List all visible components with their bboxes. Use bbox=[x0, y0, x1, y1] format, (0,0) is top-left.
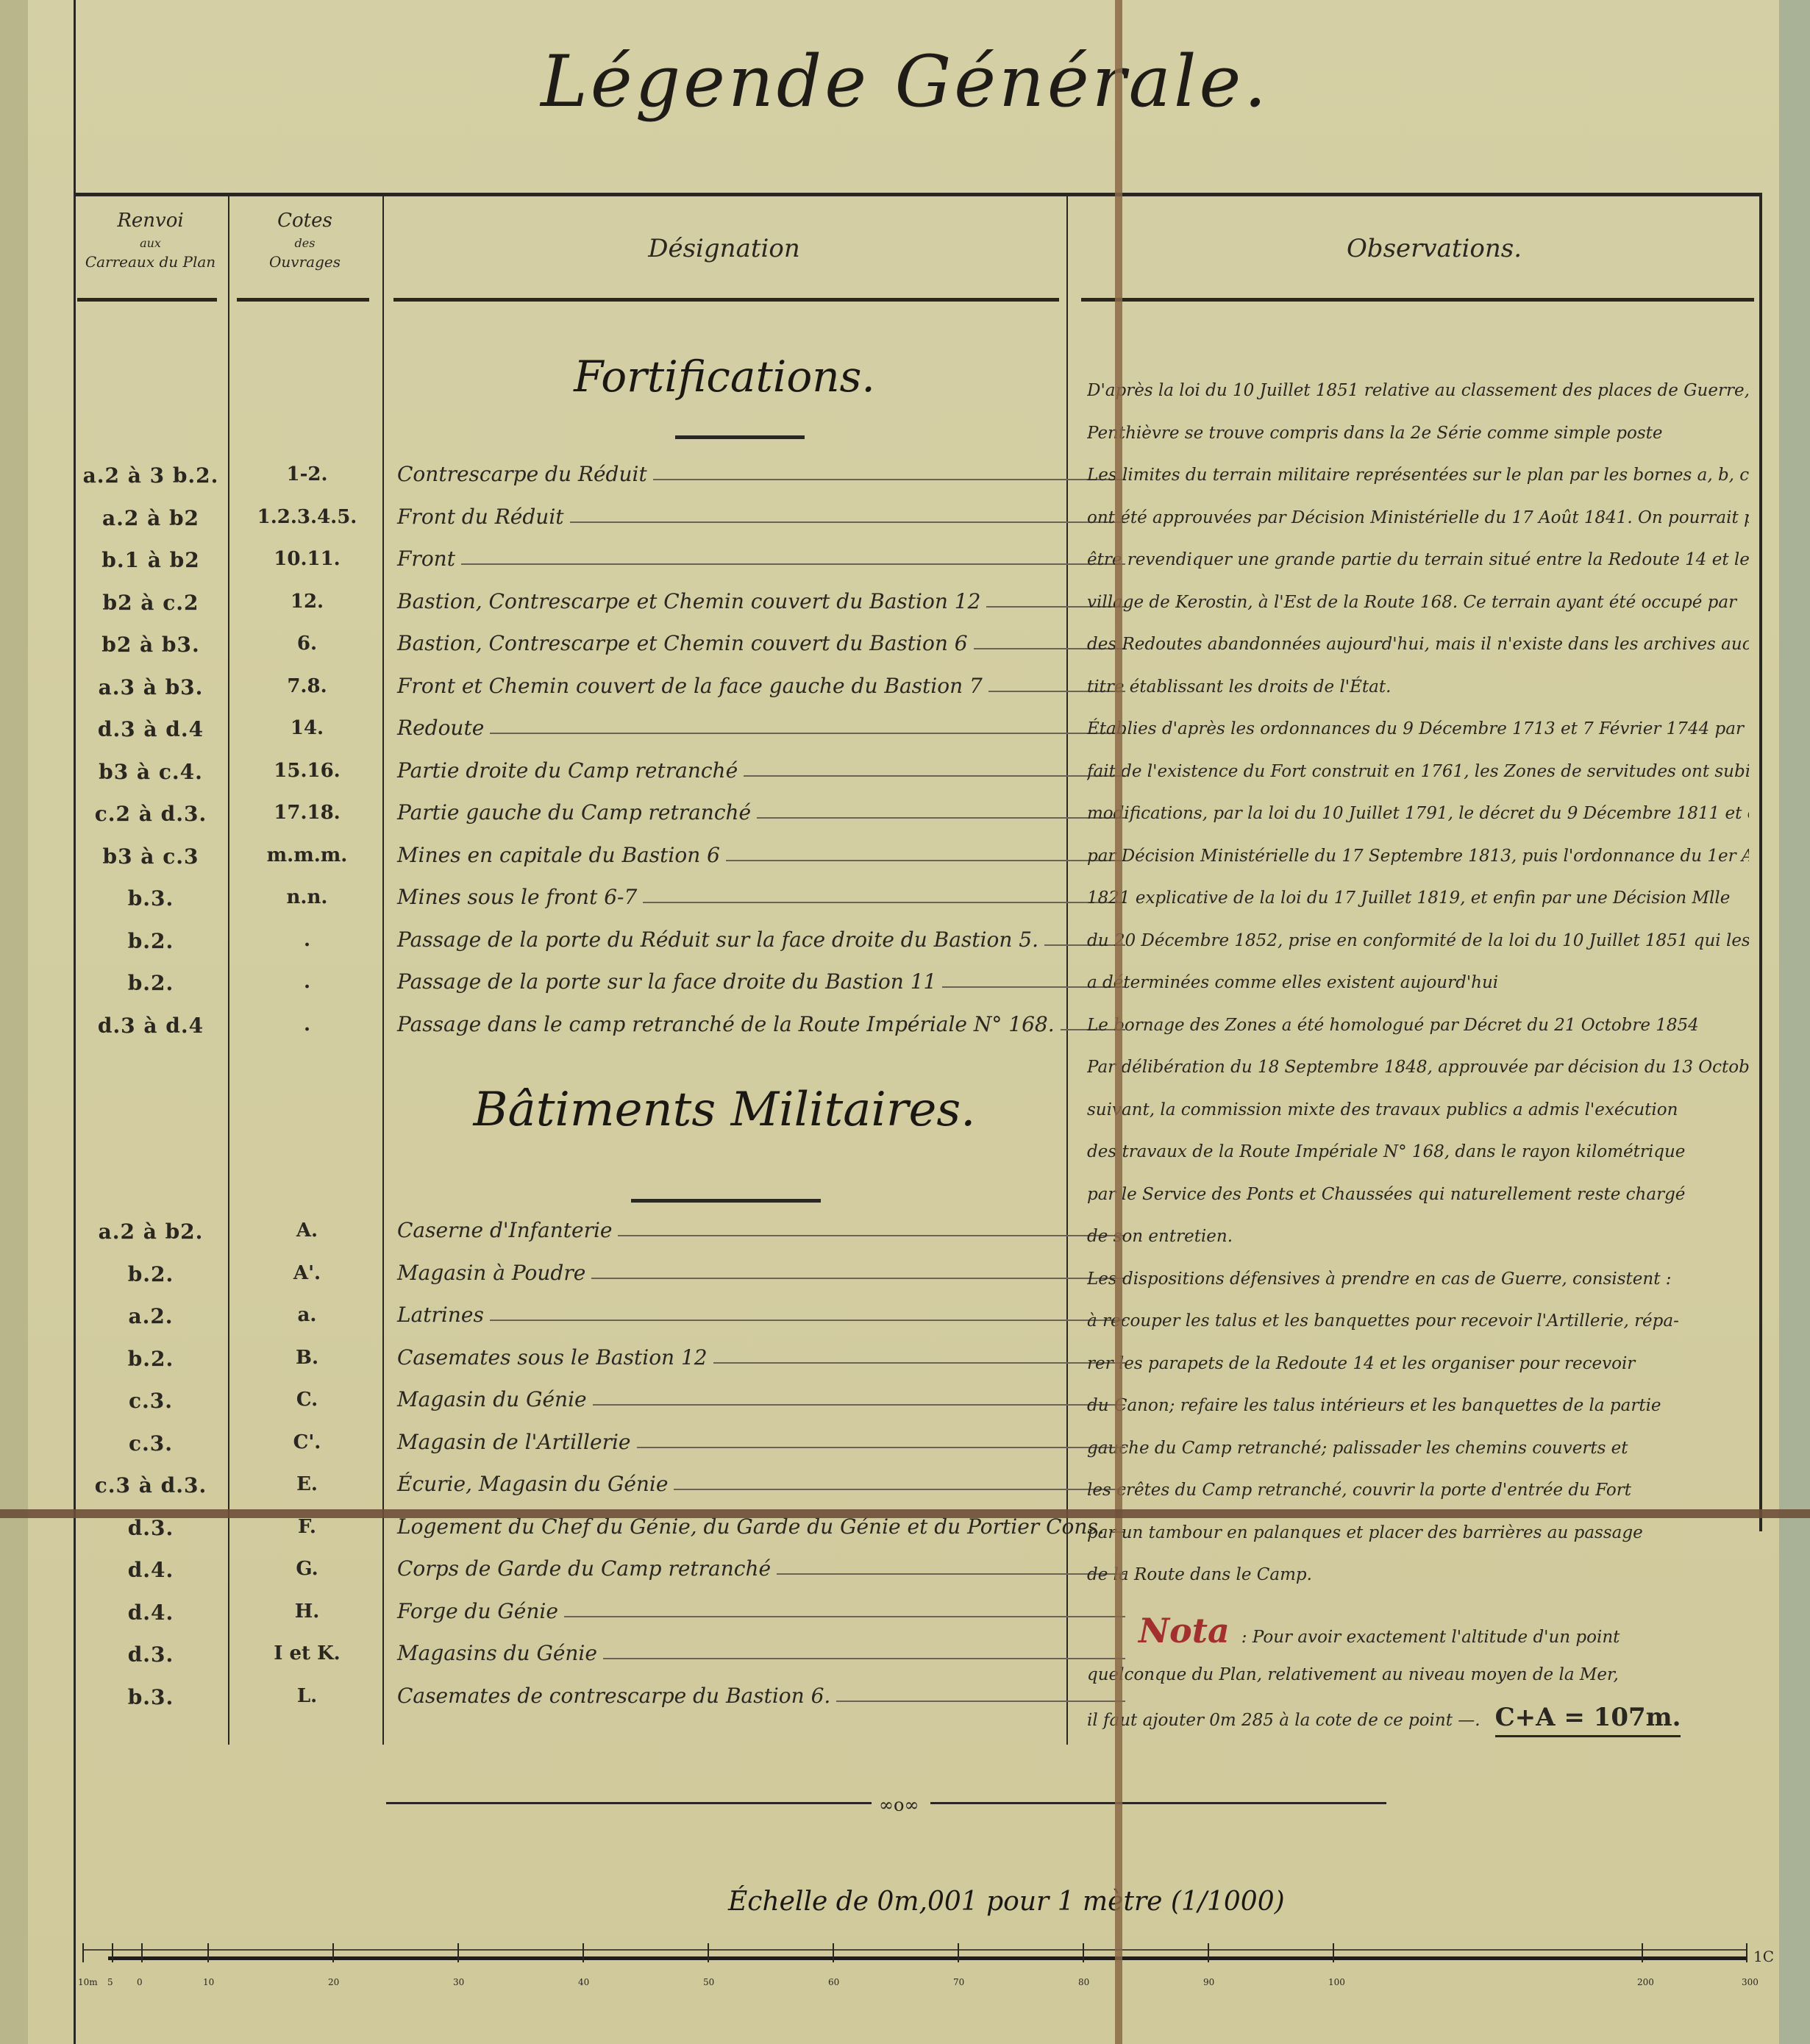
scale-tick bbox=[708, 1943, 709, 1962]
designation-text: Bastion, Contrescarpe et Chemin couvert … bbox=[397, 589, 986, 613]
nota-line1: : Pour avoir exactement l'altitude d'un … bbox=[1241, 1628, 1620, 1647]
cote-ouvrage: n.n. bbox=[232, 886, 382, 908]
scale-tick-label: 80 bbox=[1078, 1977, 1089, 1987]
header-rule bbox=[77, 298, 217, 302]
legend-row: a.2 à b21.2.3.4.5.Front du Réduit bbox=[74, 500, 1066, 538]
designation: Passage de la porte du Réduit sur la fac… bbox=[397, 927, 1125, 952]
designation: Bastion, Contrescarpe et Chemin couvert … bbox=[397, 631, 1125, 655]
leader-line bbox=[593, 1404, 1125, 1406]
renvoi-ref: d.4. bbox=[74, 1600, 228, 1625]
designation-text: Passage dans le camp retranché de la Rou… bbox=[397, 1012, 1061, 1036]
designation: Forge du Génie bbox=[397, 1599, 1125, 1623]
renvoi-ref: b3 à c.4. bbox=[74, 760, 228, 784]
nota-block: Nota: Pour avoir exactement l'altitude d… bbox=[1087, 1607, 1749, 1739]
ornament-bar-right bbox=[930, 1802, 1386, 1804]
cote-ouvrage: G. bbox=[232, 1558, 382, 1580]
observation-line: Penthièvre se trouve compris dans la 2e … bbox=[1087, 413, 1749, 455]
scale-thick-line bbox=[108, 1956, 1746, 1960]
legend-row: b.2.A'.Magasin à Poudre bbox=[74, 1256, 1066, 1295]
designation: Magasin du Génie bbox=[397, 1387, 1125, 1411]
observation-line: Par délibération du 18 Septembre 1848, a… bbox=[1087, 1047, 1749, 1089]
observation-line: être revendiquer une grande partie du te… bbox=[1087, 539, 1749, 582]
designation-text: Front du Réduit bbox=[397, 505, 570, 529]
scale-tick bbox=[207, 1943, 209, 1962]
observation-line: à recouper les talus et les banquettes p… bbox=[1087, 1300, 1749, 1343]
designation: Casemates de contrescarpe du Bastion 6. bbox=[397, 1684, 1125, 1708]
cote-ouvrage: C'. bbox=[232, 1431, 382, 1453]
header-observations: Observations. bbox=[1125, 234, 1743, 263]
designation: Contrescarpe du Réduit bbox=[397, 462, 1125, 486]
renvoi-ref: a.3 à b3. bbox=[74, 675, 228, 699]
legend-row: c.3.C'.Magasin de l'Artillerie bbox=[74, 1425, 1066, 1464]
renvoi-ref: b.3. bbox=[74, 886, 228, 911]
observation-line: D'après la loi du 10 Juillet 1851 relati… bbox=[1087, 370, 1749, 413]
legend-row: c.3 à d.3.E.Écurie, Magasin du Génie bbox=[74, 1467, 1066, 1506]
legend-row: b.2..Passage de la porte sur la face dro… bbox=[74, 965, 1066, 1003]
cote-ouvrage: 14. bbox=[232, 717, 382, 739]
nota-label: Nota bbox=[1139, 1611, 1230, 1650]
scale-tick bbox=[1083, 1943, 1084, 1962]
designation-text: Passage de la porte sur la face droite d… bbox=[397, 969, 942, 994]
scale-tick-label: 50 bbox=[703, 1977, 714, 1987]
designation-text: Front et Chemin couvert de la face gauch… bbox=[397, 674, 988, 698]
cote-ouvrage: 6. bbox=[232, 633, 382, 655]
scale-tick bbox=[332, 1943, 334, 1962]
renvoi-ref: a.2 à b2 bbox=[74, 506, 228, 530]
designation-text: Corps de Garde du Camp retranché bbox=[397, 1556, 777, 1581]
scale-tick-label: 300 bbox=[1742, 1977, 1759, 1987]
designation: Partie droite du Camp retranché bbox=[397, 758, 1125, 783]
designation-text: Casemates de contrescarpe du Bastion 6. bbox=[397, 1684, 836, 1708]
leader-line bbox=[591, 1278, 1125, 1279]
leader-line bbox=[603, 1658, 1125, 1659]
observation-line: par Décision Ministérielle du 17 Septemb… bbox=[1087, 836, 1749, 878]
designation-text: Casemates sous le Bastion 12 bbox=[397, 1345, 713, 1370]
legend-row: d.4.H.Forge du Génie bbox=[74, 1595, 1066, 1633]
scale-tick-label: 10m bbox=[78, 1977, 98, 1987]
designation: Latrines bbox=[397, 1303, 1125, 1327]
scale-tick-label: 40 bbox=[578, 1977, 589, 1987]
designation: Casemates sous le Bastion 12 bbox=[397, 1345, 1125, 1370]
cote-ouvrage: B. bbox=[232, 1347, 382, 1369]
designation-text: Magasin à Poudre bbox=[397, 1261, 591, 1285]
cote-ouvrage: A'. bbox=[232, 1262, 382, 1284]
renvoi-ref: b.2. bbox=[74, 929, 228, 953]
legend-row: b2 à b3.6.Bastion, Contrescarpe et Chemi… bbox=[74, 627, 1066, 665]
designation-text: Latrines bbox=[397, 1303, 490, 1327]
header-renvoi-line1: Renvoi bbox=[75, 210, 226, 232]
leader-line bbox=[490, 1320, 1125, 1321]
observation-line: fait de l'existence du Fort construit en… bbox=[1087, 751, 1749, 794]
leader-line bbox=[461, 563, 1125, 565]
observations-text: D'après la loi du 10 Juillet 1851 relati… bbox=[1087, 370, 1749, 1597]
designation: Magasins du Génie bbox=[397, 1641, 1125, 1665]
legend-row: a.3 à b3.7.8.Front et Chemin couvert de … bbox=[74, 669, 1066, 708]
scale-tick bbox=[1642, 1943, 1643, 1962]
legend-row: b.3.L.Casemates de contrescarpe du Basti… bbox=[74, 1679, 1066, 1717]
renvoi-ref: b.3. bbox=[74, 1685, 228, 1709]
legend-row: b.1 à b210.11.Front bbox=[74, 542, 1066, 580]
renvoi-ref: c.3. bbox=[74, 1431, 228, 1456]
designation-text: Magasin du Génie bbox=[397, 1387, 593, 1411]
observation-line: de la Route dans le Camp. bbox=[1087, 1554, 1749, 1597]
cote-ouvrage: 10.11. bbox=[232, 548, 382, 570]
leader-line bbox=[637, 1447, 1126, 1448]
observation-line: titre établissant les droits de l'État. bbox=[1087, 666, 1749, 709]
header-designation: Désignation bbox=[384, 234, 1064, 263]
designation: Bastion, Contrescarpe et Chemin couvert … bbox=[397, 589, 1125, 613]
designation-text: Magasin de l'Artillerie bbox=[397, 1430, 637, 1454]
cote-ouvrage: I et K. bbox=[232, 1642, 382, 1664]
observation-line: gauche du Camp retranché; palissader les… bbox=[1087, 1428, 1749, 1470]
observation-line: village de Kerostin, à l'Est de la Route… bbox=[1087, 582, 1749, 624]
cote-ouvrage: a. bbox=[232, 1304, 382, 1326]
renvoi-ref: a.2 à 3 b.2. bbox=[74, 463, 228, 488]
observation-line: Les dispositions défensives à prendre en… bbox=[1087, 1258, 1749, 1301]
designation: Redoute bbox=[397, 716, 1125, 740]
designation: Écurie, Magasin du Génie bbox=[397, 1472, 1125, 1496]
observation-line: ont été approuvées par Décision Ministér… bbox=[1087, 497, 1749, 540]
observation-line: du Canon; refaire les talus intérieurs e… bbox=[1087, 1385, 1749, 1428]
legend-row: c.3.C.Magasin du Génie bbox=[74, 1383, 1066, 1421]
leader-line bbox=[836, 1701, 1125, 1702]
paper-edge-right bbox=[1779, 0, 1810, 2044]
cote-ouvrage: . bbox=[232, 929, 382, 951]
designation-text: Forge du Génie bbox=[397, 1599, 564, 1623]
renvoi-ref: d.3. bbox=[74, 1516, 228, 1540]
renvoi-ref: a.2. bbox=[74, 1304, 228, 1328]
designation-text: Magasins du Génie bbox=[397, 1641, 603, 1665]
cote-ouvrage: 17.18. bbox=[232, 802, 382, 824]
cote-ouvrage: L. bbox=[232, 1685, 382, 1707]
designation-text: Redoute bbox=[397, 716, 490, 740]
cote-ouvrage: A. bbox=[232, 1219, 382, 1242]
legend-row: a.2 à 3 b.2.1-2.Contrescarpe du Réduit bbox=[74, 457, 1066, 496]
header-cotes: Cotes des Ouvrages bbox=[229, 210, 380, 271]
renvoi-ref: c.3. bbox=[74, 1389, 228, 1413]
scale-tick-label: 0 bbox=[137, 1977, 143, 1987]
leader-line bbox=[490, 733, 1125, 734]
legend-row: d.4.G.Corps de Garde du Camp retranché bbox=[74, 1552, 1066, 1590]
designation: Front bbox=[397, 546, 1125, 571]
designation: Front et Chemin couvert de la face gauch… bbox=[397, 674, 1125, 698]
nota-line3: il faut ajouter 0m 285 à la cote de ce p… bbox=[1087, 1711, 1481, 1730]
header-rule bbox=[393, 298, 1059, 302]
designation-text: Passage de la porte du Réduit sur la fac… bbox=[397, 927, 1044, 952]
leader-line bbox=[744, 775, 1125, 777]
scale-tick bbox=[833, 1943, 834, 1962]
altitude-formula: C+A = 107m. bbox=[1495, 1703, 1681, 1737]
renvoi-ref: d.3. bbox=[74, 1642, 228, 1667]
observation-line: du 20 Décembre 1852, prise en conformité… bbox=[1087, 920, 1749, 963]
header-rule bbox=[237, 298, 369, 302]
graphic-scale-bar bbox=[82, 1949, 1746, 1971]
renvoi-ref: b.1 à b2 bbox=[74, 548, 228, 572]
cote-ouvrage: 7.8. bbox=[232, 675, 382, 697]
designation: Partie gauche du Camp retranché bbox=[397, 800, 1125, 825]
table-right-border bbox=[1759, 193, 1762, 1531]
scale-labels: 10m501020304050607080901002003001C bbox=[82, 1977, 1746, 1995]
scale-tick-label: 5 bbox=[107, 1977, 113, 1987]
scale-tick bbox=[1746, 1943, 1747, 1962]
legend-row: c.2 à d.3.17.18.Partie gauche du Camp re… bbox=[74, 796, 1066, 834]
legend-row: b.2.B.Casemates sous le Bastion 12 bbox=[74, 1341, 1066, 1379]
legend-row: b3 à c.4.15.16.Partie droite du Camp ret… bbox=[74, 754, 1066, 792]
observation-line: par le Service des Ponts et Chaussées qu… bbox=[1087, 1174, 1749, 1217]
renvoi-ref: a.2 à b2. bbox=[74, 1219, 228, 1244]
legend-row: d.3 à d.414.Redoute bbox=[74, 711, 1066, 749]
renvoi-ref: b2 à c.2 bbox=[74, 591, 228, 615]
renvoi-ref: c.3 à d.3. bbox=[74, 1473, 228, 1498]
designation-text: Mines en capitale du Bastion 6 bbox=[397, 843, 726, 867]
cote-ouvrage: . bbox=[232, 971, 382, 993]
observation-line: des travaux de la Route Impériale N° 168… bbox=[1087, 1131, 1749, 1174]
renvoi-ref: d.3 à d.4 bbox=[74, 1014, 228, 1038]
observation-line: 1821 explicative de la loi du 17 Juillet… bbox=[1087, 877, 1749, 920]
nota-line2: quelconque du Plan, relativement au nive… bbox=[1087, 1654, 1749, 1697]
leader-line bbox=[757, 817, 1125, 819]
leader-line bbox=[618, 1235, 1125, 1236]
cote-ouvrage: . bbox=[232, 1014, 382, 1036]
designation: Passage dans le camp retranché de la Rou… bbox=[397, 1012, 1125, 1036]
cote-ouvrage: 15.16. bbox=[232, 760, 382, 782]
scale-tick bbox=[582, 1943, 584, 1962]
ornament-knot-icon: ∞o∞ bbox=[879, 1795, 919, 1815]
scale-tick bbox=[1333, 1943, 1334, 1962]
leader-line bbox=[643, 902, 1125, 903]
renvoi-ref: b2 à b3. bbox=[74, 633, 228, 657]
legend-row: b2 à c.212.Bastion, Contrescarpe et Chem… bbox=[74, 585, 1066, 623]
legend-row: a.2.a.Latrines bbox=[74, 1298, 1066, 1336]
designation-text: Front bbox=[397, 546, 461, 571]
observation-line: Les limites du terrain militaire représe… bbox=[1087, 455, 1749, 497]
legend-title: Légende Générale. bbox=[0, 40, 1810, 123]
designation-text: Écurie, Magasin du Génie bbox=[397, 1472, 674, 1496]
designation-text: Mines sous le front 6-7 bbox=[397, 885, 643, 909]
designation: Passage de la porte sur la face droite d… bbox=[397, 969, 1125, 994]
scale-tick bbox=[457, 1943, 459, 1962]
section-title-batiments-militaires: Bâtiments Militaires. bbox=[382, 1083, 1066, 1137]
renvoi-ref: b.2. bbox=[74, 1262, 228, 1286]
scale-tick-label: 200 bbox=[1637, 1977, 1654, 1987]
paper-fold-vertical bbox=[1115, 0, 1122, 2044]
scale-tick-label: 20 bbox=[328, 1977, 339, 1987]
scale-tick bbox=[958, 1943, 959, 1962]
legend-row: b.2..Passage de la porte du Réduit sur l… bbox=[74, 923, 1066, 961]
leader-line bbox=[777, 1573, 1125, 1575]
designation: Front du Réduit bbox=[397, 505, 1125, 529]
scale-tick-label: 30 bbox=[453, 1977, 464, 1987]
renvoi-ref: c.2 à d.3. bbox=[74, 802, 228, 826]
scale-tick bbox=[1208, 1943, 1209, 1962]
cote-ouvrage: 1.2.3.4.5. bbox=[232, 506, 382, 528]
ornamental-divider: ∞o∞ bbox=[386, 1799, 1386, 1806]
observation-line: Établies d'après les ordonnances du 9 Dé… bbox=[1087, 708, 1749, 751]
designation-text: Caserne d'Infanterie bbox=[397, 1218, 618, 1242]
leader-line bbox=[564, 1616, 1125, 1617]
scale-tick bbox=[112, 1943, 113, 1962]
designation-text: Contrescarpe du Réduit bbox=[397, 462, 653, 486]
legend-row: b.3.n.n.Mines sous le front 6-7 bbox=[74, 880, 1066, 919]
leader-line bbox=[713, 1362, 1125, 1364]
designation-text: Partie droite du Camp retranché bbox=[397, 758, 744, 783]
renvoi-ref: d.3 à d.4 bbox=[74, 717, 228, 741]
designation: Magasin de l'Artillerie bbox=[397, 1430, 1125, 1454]
paper-fold-horizontal bbox=[0, 1509, 1810, 1518]
scale-title: Échelle de 0m,001 pour 1 mètre (1/1000) bbox=[728, 1887, 1285, 1917]
section-rule bbox=[675, 435, 805, 439]
section-title-fortifications: Fortifications. bbox=[382, 352, 1066, 402]
legend-row: b3 à c.3m.m.m.Mines en capitale du Basti… bbox=[74, 838, 1066, 877]
designation: Corps de Garde du Camp retranché bbox=[397, 1556, 1125, 1581]
designation: Mines sous le front 6-7 bbox=[397, 885, 1125, 909]
cote-ouvrage: E. bbox=[232, 1473, 382, 1495]
renvoi-ref: b.2. bbox=[74, 971, 228, 995]
cote-ouvrage: C. bbox=[232, 1389, 382, 1411]
designation: Mines en capitale du Bastion 6 bbox=[397, 843, 1125, 867]
scale-tick bbox=[141, 1943, 143, 1962]
designation-text: Bastion, Contrescarpe et Chemin couvert … bbox=[397, 631, 974, 655]
header-renvoi-line2: aux bbox=[75, 236, 226, 250]
scale-tick bbox=[82, 1943, 84, 1962]
observation-line: a déterminées comme elles existent aujou… bbox=[1087, 962, 1749, 1005]
header-renvoi: Renvoi aux Carreaux du Plan bbox=[75, 210, 226, 271]
scale-end-label: 1C bbox=[1753, 1948, 1774, 1965]
renvoi-ref: b.2. bbox=[74, 1347, 228, 1371]
cote-ouvrage: 12. bbox=[232, 591, 382, 613]
legend-row: d.3.I et K.Magasins du Génie bbox=[74, 1637, 1066, 1675]
designation: Magasin à Poudre bbox=[397, 1261, 1125, 1285]
section-rule bbox=[631, 1199, 821, 1203]
scale-tick-label: 70 bbox=[953, 1977, 964, 1987]
cote-ouvrage: H. bbox=[232, 1600, 382, 1623]
observation-line: par un tambour en palanques et placer de… bbox=[1087, 1512, 1749, 1555]
observation-line: rer les parapets de la Redoute 14 et les… bbox=[1087, 1343, 1749, 1386]
leader-line bbox=[570, 521, 1125, 523]
ornament-bar-left bbox=[386, 1802, 872, 1804]
designation-text: Partie gauche du Camp retranché bbox=[397, 800, 757, 825]
leader-line bbox=[674, 1489, 1125, 1490]
header-rule bbox=[1081, 298, 1754, 302]
cote-ouvrage: F. bbox=[232, 1516, 382, 1538]
designation: Caserne d'Infanterie bbox=[397, 1218, 1125, 1242]
legend-row: a.2 à b2.A.Caserne d'Infanterie bbox=[74, 1214, 1066, 1252]
scale-tick-label: 90 bbox=[1203, 1977, 1214, 1987]
observation-line: Le bornage des Zones a été homologué par… bbox=[1087, 1005, 1749, 1047]
cote-ouvrage: m.m.m. bbox=[232, 844, 382, 866]
cote-ouvrage: 1-2. bbox=[232, 463, 382, 485]
scale-tick-label: 10 bbox=[203, 1977, 214, 1987]
observation-line: des Redoutes abandonnées aujourd'hui, ma… bbox=[1087, 624, 1749, 666]
observation-line: les crêtes du Camp retranché, couvrir la… bbox=[1087, 1470, 1749, 1512]
header-cotes-line2: des bbox=[229, 236, 380, 250]
header-renvoi-line3: Carreaux du Plan bbox=[75, 253, 226, 271]
scale-tick-label: 100 bbox=[1328, 1977, 1345, 1987]
renvoi-ref: d.4. bbox=[74, 1558, 228, 1582]
observation-line: modifications, par la loi du 10 Juillet … bbox=[1087, 793, 1749, 836]
leader-line bbox=[726, 860, 1125, 861]
leader-line bbox=[653, 479, 1125, 480]
renvoi-ref: b3 à c.3 bbox=[74, 844, 228, 869]
paper-edge-left bbox=[0, 0, 28, 2044]
observation-line: suivant, la commission mixte des travaux… bbox=[1087, 1089, 1749, 1132]
header-cotes-line1: Cotes bbox=[229, 210, 380, 232]
scale-tick-label: 60 bbox=[828, 1977, 839, 1987]
legend-row: d.3 à d.4.Passage dans le camp retranché… bbox=[74, 1008, 1066, 1046]
header-cotes-line3: Ouvrages bbox=[229, 253, 380, 271]
observation-line: de son entretien. bbox=[1087, 1216, 1749, 1258]
